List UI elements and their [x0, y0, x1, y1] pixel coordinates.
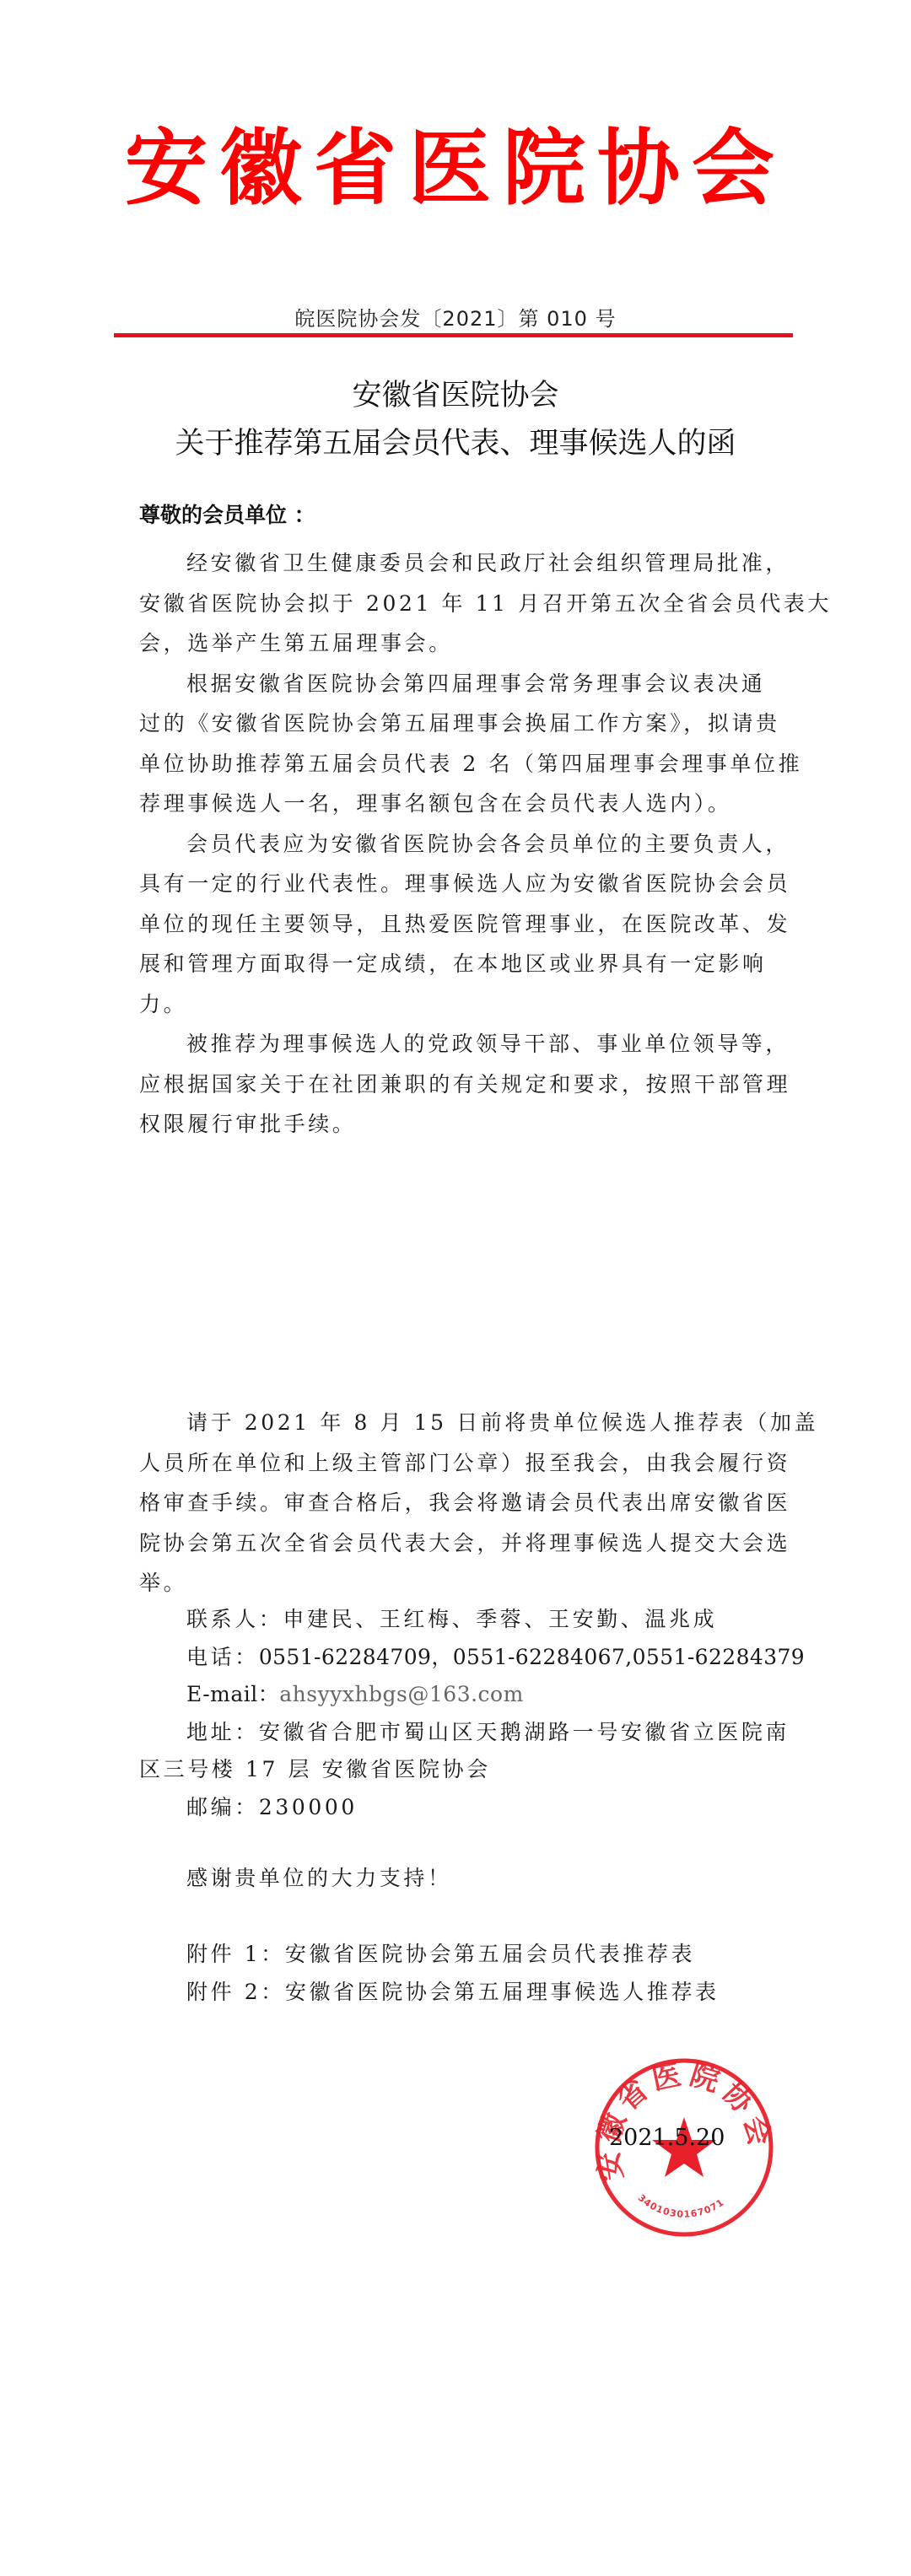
- text-line: 经安徽省卫生健康委员会和民政厅社会组织管理局批准，: [139, 543, 780, 584]
- text-line: 过的《安徽省医院协会第五届理事会换届工作方案》，拟请贵: [139, 703, 780, 744]
- letter-body-part1: 经安徽省卫生健康委员会和民政厅社会组织管理局批准， 安徽省医院协会拟于 2021…: [139, 543, 780, 1145]
- phone-label: 电话：: [186, 1645, 259, 1669]
- text-line: 会，选举产生第五届理事会。: [139, 623, 780, 664]
- text-line: 人员所在单位和上级主管部门公章）报至我会，由我会履行资: [139, 1443, 780, 1484]
- text-line: 单位的现任主要领导，且热爱医院管理事业，在医院改革、发: [139, 904, 780, 945]
- text-line: 根据安徽省医院协会第四届理事会常务理事会议表决通: [139, 664, 780, 704]
- postcode-value: 230000: [259, 1795, 358, 1819]
- document-number: 皖医院协会发〔2021〕第 010 号: [0, 305, 911, 332]
- red-divider: [114, 333, 793, 337]
- text-line: 单位协助推荐第五届会员代表 2 名（第四届理事会理事单位推: [139, 744, 780, 784]
- text-line: 请于 2021 年 8 月 15 日前将贵单位候选人推荐表（加盖: [139, 1403, 780, 1443]
- paragraph-5: 请于 2021 年 8 月 15 日前将贵单位候选人推荐表（加盖 人员所在单位和…: [139, 1403, 780, 1603]
- contact-persons-label: 联系人：: [186, 1607, 283, 1631]
- paragraph-3: 会员代表应为安徽省医院协会各会员单位的主要负责人， 具有一定的行业代表性。理事候…: [139, 824, 780, 1025]
- issue-date: 2021.5.20: [609, 2123, 725, 2153]
- text-line: 格审查手续。审查合格后，我会将邀请会员代表出席安徽省医: [139, 1483, 780, 1523]
- email-label: E-mail：: [186, 1682, 279, 1706]
- contact-email: E-mail：ahsyyxhbgs@163.com: [139, 1676, 780, 1714]
- contact-persons-value: 申建民、王红梅、季蓉、王安勤、温兆成: [283, 1607, 717, 1631]
- text-line: 展和管理方面取得一定成绩，在本地区或业界具有一定影响: [139, 944, 780, 984]
- text-line: 力。: [139, 984, 780, 1025]
- masthead-org-name: 安徽省医院协会: [0, 118, 911, 219]
- contact-postcode: 邮编：230000: [139, 1789, 780, 1827]
- contact-info: 联系人：申建民、王红梅、季蓉、王安勤、温兆成 电话：0551-62284709，…: [139, 1601, 780, 1826]
- seal-code: 3401030167071: [636, 2192, 726, 2220]
- paragraph-1: 经安徽省卫生健康委员会和民政厅社会组织管理局批准， 安徽省医院协会拟于 2021…: [139, 543, 780, 664]
- text-line: 权限履行审批手续。: [139, 1104, 780, 1145]
- text-line: 具有一定的行业代表性。理事候选人应为安徽省医院协会会员: [139, 864, 780, 904]
- text-line: 荐理事候选人一名，理事名额包含在会员代表人选内）。: [139, 784, 780, 824]
- document-title-line2: 关于推荐第五届会员代表、理事候选人的函: [0, 425, 911, 462]
- svg-text:3401030167071: 3401030167071: [636, 2192, 726, 2220]
- address-value-line1: 安徽省合肥市蜀山区天鹅湖路一号安徽省立医院南: [259, 1720, 790, 1744]
- text-line: 被推荐为理事候选人的党政领导干部、事业单位领导等，: [139, 1024, 780, 1064]
- text-line: 安徽省医院协会拟于 2021 年 11 月召开第五次全省会员代表大: [139, 584, 780, 624]
- document-title-line1: 安徽省医院协会: [0, 377, 911, 414]
- attachment-2[interactable]: 附件 2：安徽省医院协会第五届理事候选人推荐表: [139, 1974, 780, 2012]
- phone-value: 0551-62284709，0551-62284067,0551-6228437…: [259, 1645, 805, 1669]
- letter-body-part2: 请于 2021 年 8 月 15 日前将贵单位候选人推荐表（加盖 人员所在单位和…: [139, 1403, 780, 1603]
- address-label: 地址：: [186, 1720, 259, 1744]
- contact-phone: 电话：0551-62284709，0551-62284067,0551-6228…: [139, 1639, 780, 1677]
- paragraph-2: 根据安徽省医院协会第四届理事会常务理事会议表决通 过的《安徽省医院协会第五届理事…: [139, 664, 780, 824]
- text-line: 会员代表应为安徽省医院协会各会员单位的主要负责人，: [139, 824, 780, 865]
- contact-persons: 联系人：申建民、王红梅、季蓉、王安勤、温兆成: [139, 1601, 780, 1639]
- text-line: 院协会第五次全省会员代表大会，并将理事候选人提交大会选: [139, 1523, 780, 1564]
- salutation: 尊敬的会员单位 ：: [139, 501, 315, 530]
- text-line: 举。: [139, 1563, 780, 1603]
- paragraph-4: 被推荐为理事候选人的党政领导干部、事业单位领导等， 应根据国家关于在社团兼职的有…: [139, 1024, 780, 1145]
- address-value-line2: 区三号楼 17 层 安徽省医院协会: [139, 1751, 780, 1789]
- postcode-label: 邮编：: [186, 1795, 259, 1819]
- attachment-1[interactable]: 附件 1：安徽省医院协会第五届会员代表推荐表: [139, 1936, 780, 1974]
- thanks-text: 感谢贵单位的大力支持！: [139, 1860, 780, 1898]
- text-line: 应根据国家关于在社团兼职的有关规定和要求，按照干部管理: [139, 1064, 780, 1105]
- email-link[interactable]: ahsyyxhbgs@163.com: [279, 1682, 524, 1706]
- attachments: 附件 1：安徽省医院协会第五届会员代表推荐表 附件 2：安徽省医院协会第五届理事…: [139, 1936, 780, 2011]
- contact-address: 地址：安徽省合肥市蜀山区天鹅湖路一号安徽省立医院南: [139, 1714, 780, 1752]
- closing: 感谢贵单位的大力支持！: [139, 1860, 780, 1898]
